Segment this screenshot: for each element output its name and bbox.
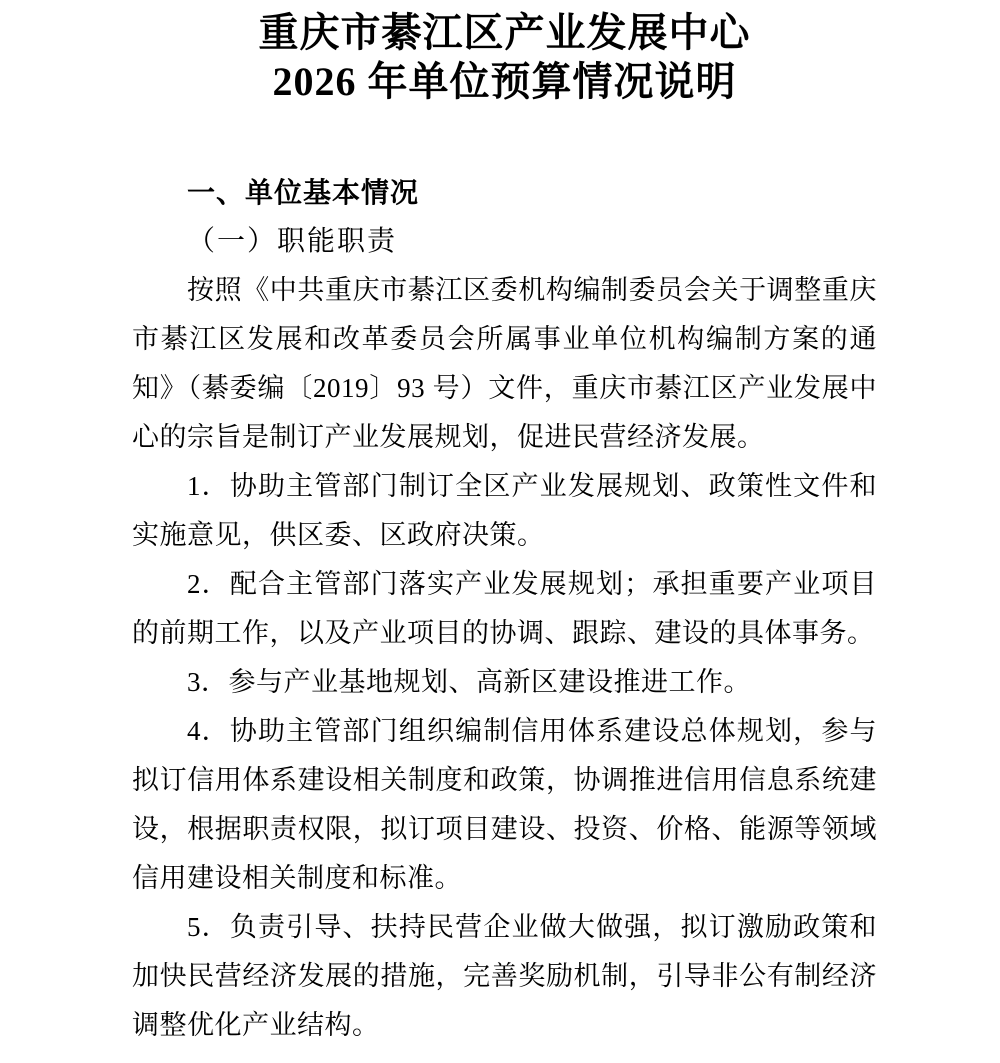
section-heading-basic-info: 一、单位基本情况 [132,168,877,217]
document-title: 重庆市綦江区产业发展中心 2026 年单位预算情况说明 [132,8,877,106]
document-title-line2: 2026 年单位预算情况说明 [132,57,877,106]
document-title-line1: 重庆市綦江区产业发展中心 [132,8,877,57]
document-page: 重庆市綦江区产业发展中心 2026 年单位预算情况说明 一、单位基本情况 （一）… [0,0,1000,1063]
paragraph-duty-4: 4．协助主管部门组织编制信用体系建设总体规划，参与拟订信用体系建设相关制度和政策… [132,707,877,903]
paragraph-duty-3: 3．参与产业基地规划、高新区建设推进工作。 [132,658,877,707]
paragraph-intro: 按照《中共重庆市綦江区委机构编制委员会关于调整重庆市綦江区发展和改革委员会所属事… [132,266,877,462]
subsection-heading-duties: （一）职能职责 [132,217,877,266]
paragraph-duty-5: 5．负责引导、扶持民营企业做大做强，拟订激励政策和加快民营经济发展的措施，完善奖… [132,903,877,1050]
paragraph-duty-2: 2．配合主管部门落实产业发展规划；承担重要产业项目的前期工作，以及产业项目的协调… [132,560,877,658]
paragraph-duty-1: 1．协助主管部门制订全区产业发展规划、政策性文件和实施意见，供区委、区政府决策。 [132,462,877,560]
